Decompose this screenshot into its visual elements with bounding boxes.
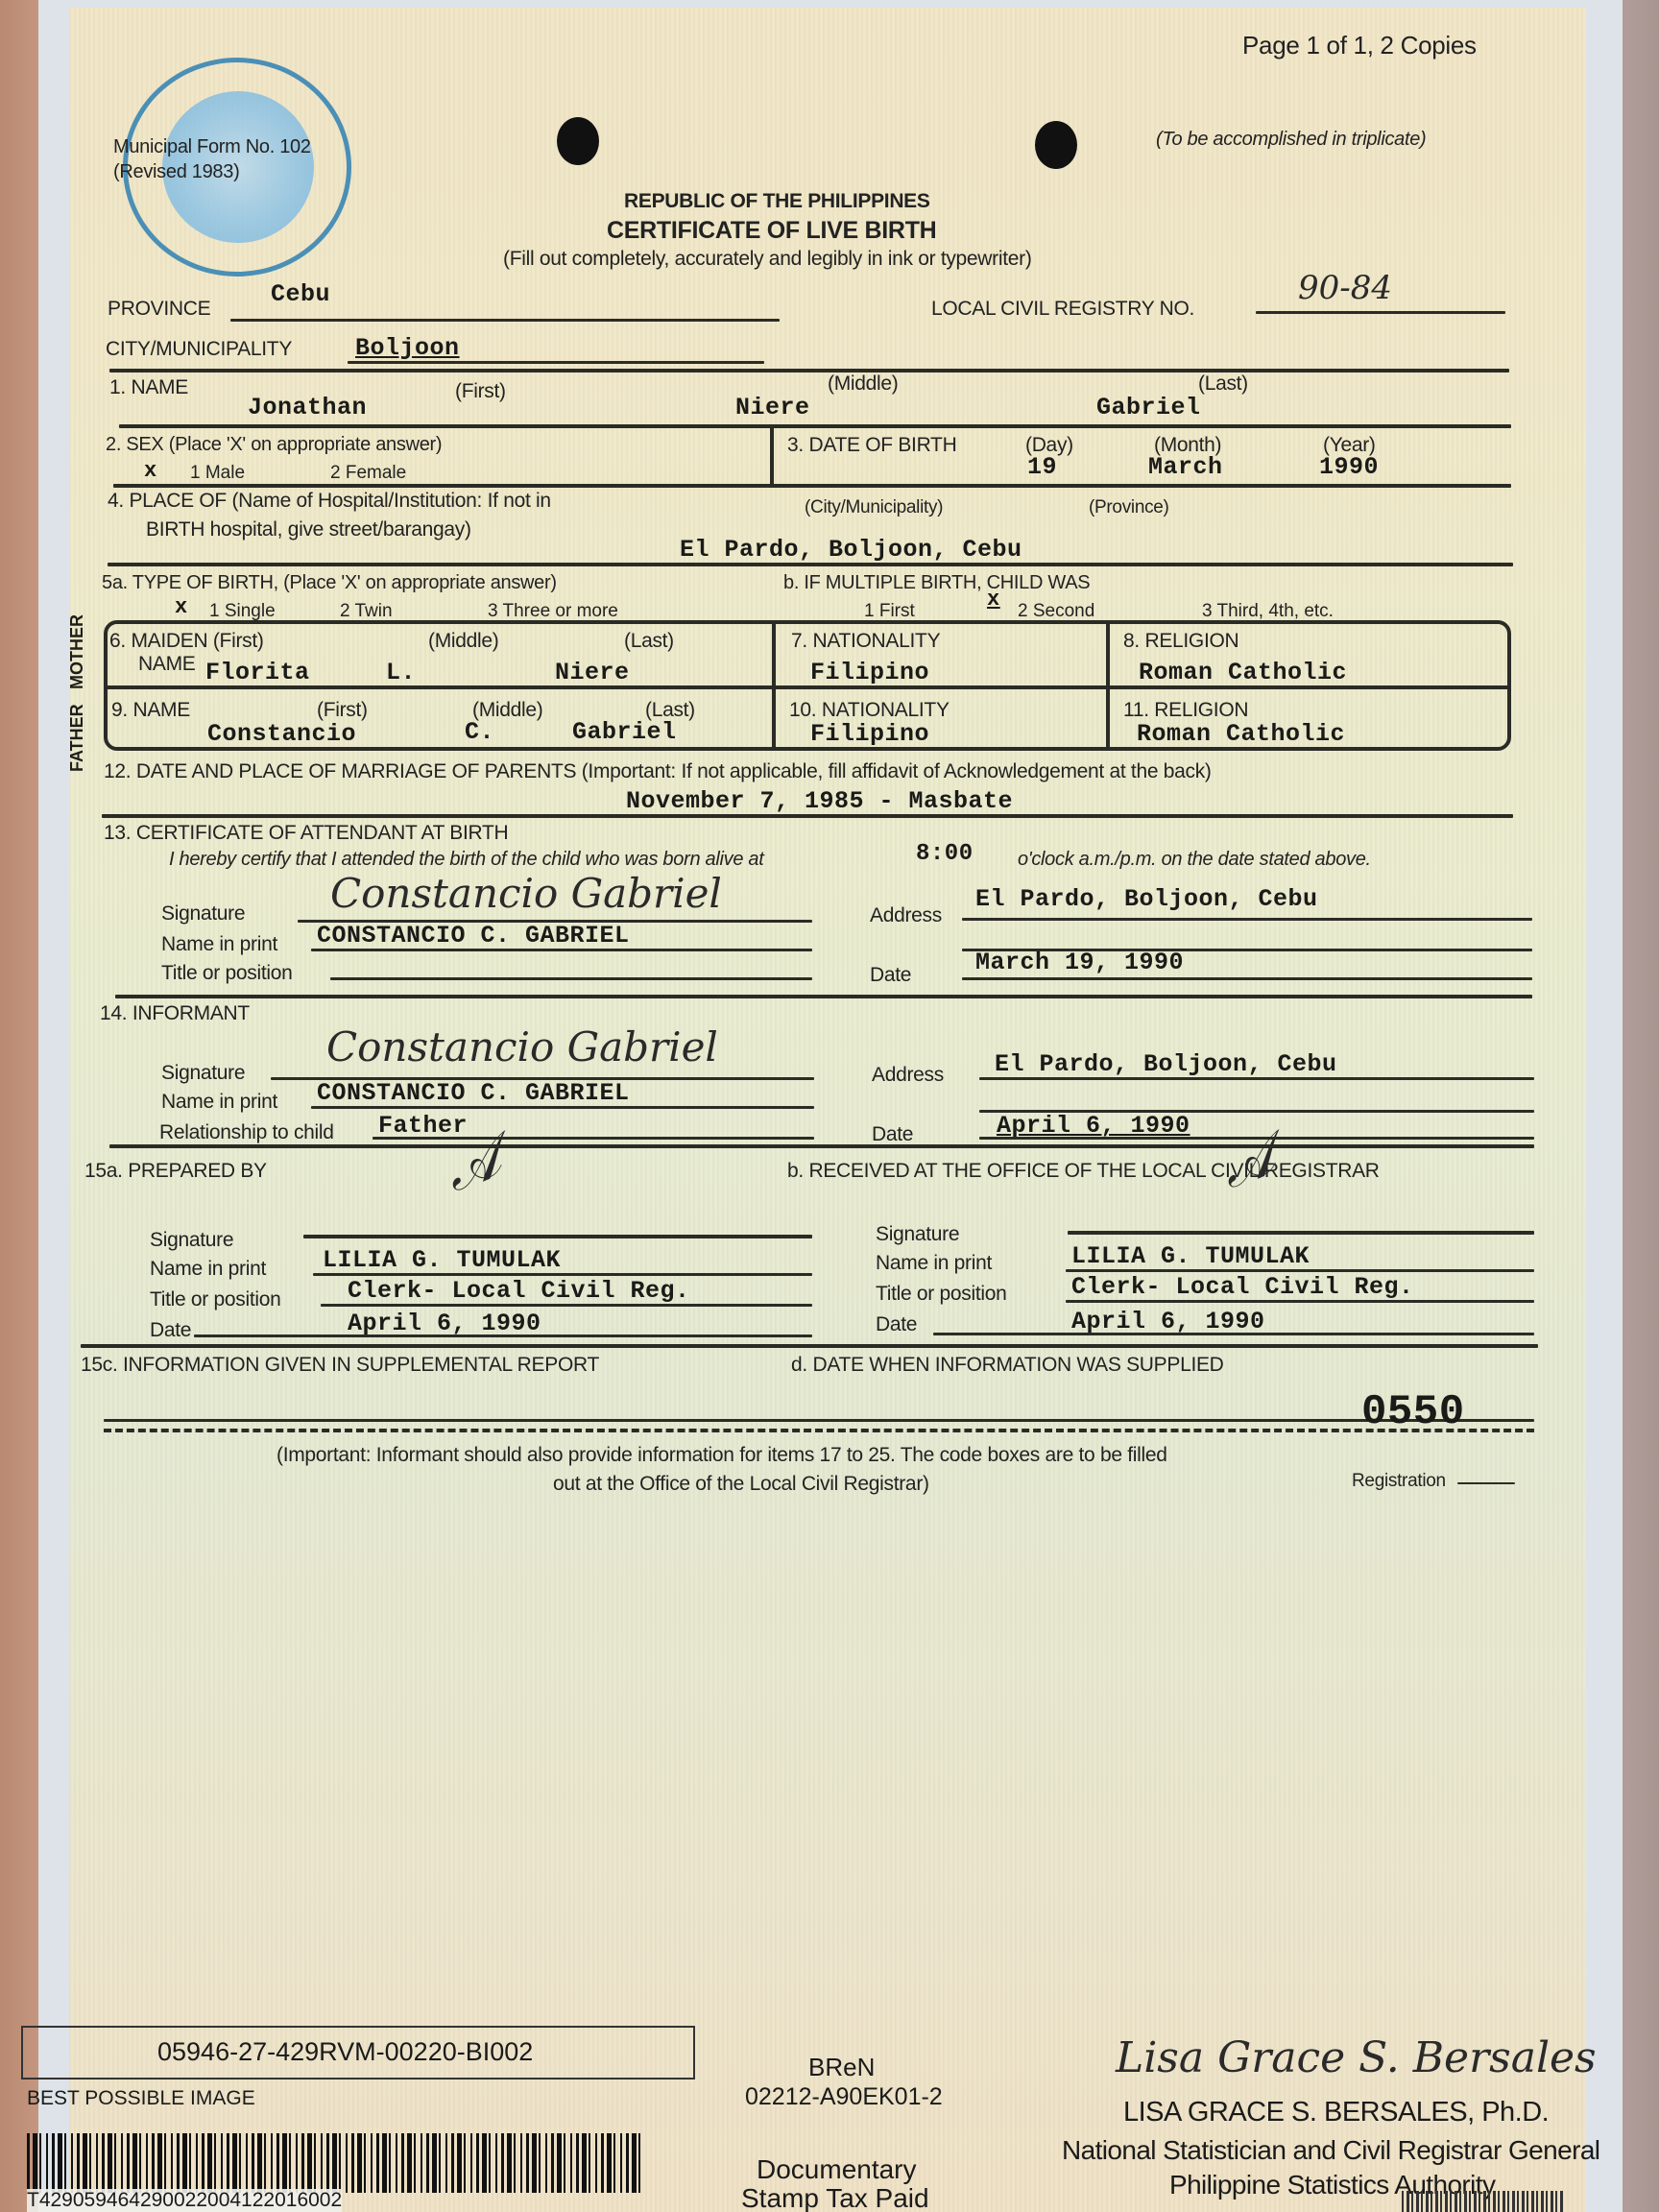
mother-last-name: Niere (555, 659, 630, 686)
important-note-2: out at the Office of the Local Civil Reg… (553, 1473, 929, 1496)
punch-hole-icon (1035, 121, 1077, 169)
form-number: Municipal Form No. 102 (113, 136, 311, 158)
received-title: Clerk- Local Civil Reg. (1071, 1273, 1414, 1301)
attendant-label: 13. CERTIFICATE OF ATTENDANT AT BIRTH (104, 822, 508, 845)
instructions: (Fill out completely, accurately and leg… (503, 248, 1032, 271)
prepared-signature-label: Signature (150, 1229, 233, 1252)
mother-first-name: Florita (205, 659, 310, 686)
bren-number: 02212-A90EK01-2 (745, 2083, 943, 2111)
informant-name-label: Name in print (161, 1091, 277, 1114)
attendant-name-label: Name in print (161, 933, 277, 956)
attendant-certify-post: o'clock a.m./p.m. on the date stated abo… (1018, 849, 1371, 871)
last-label: (Last) (1198, 373, 1248, 396)
sex-option-female[interactable]: 2 Female (330, 463, 406, 484)
informant-signature-label: Signature (161, 1062, 245, 1085)
signatory-name: LISA GRACE S. BERSALES, Ph.D. (1123, 2097, 1549, 2128)
child-middle-name: Niere (735, 394, 810, 421)
father-nationality: Filipino (810, 720, 929, 748)
birth-type-three[interactable]: 3 Three or more (488, 601, 618, 622)
attendant-date: March 19, 1990 (975, 949, 1184, 976)
received-signature-label: Signature (876, 1223, 959, 1246)
first-label: (First) (455, 380, 506, 403)
sex-mark[interactable]: x (144, 459, 157, 483)
prepared-title-label: Title or position (150, 1288, 281, 1311)
child-name-label: 1. NAME (109, 376, 188, 399)
father-name-label: 9. NAME (111, 699, 190, 722)
mother-last-label: (Last) (624, 630, 674, 653)
multiple-second[interactable]: 2 Second (1018, 601, 1094, 622)
father-first-name: Constancio (207, 720, 356, 748)
father-nationality-label: 10. NATIONALITY (789, 699, 950, 722)
mother-name-label: 6. MAIDEN (First) (109, 630, 264, 653)
multiple-birth-label: b. IF MULTIPLE BIRTH, CHILD WAS (783, 572, 1090, 594)
city-value: Boljoon (355, 334, 460, 362)
birth-certificate-document: Municipal Form No. 102 (Revised 1983) Pa… (69, 8, 1586, 2212)
attendant-certify-text: I hereby certify that I attended the bir… (169, 849, 764, 871)
pob-value: El Pardo, Boljoon, Cebu (680, 536, 1022, 564)
attendant-address-label: Address (870, 904, 942, 927)
page-info: Page 1 of 1, 2 Copies (1242, 31, 1477, 60)
attendant-name: CONSTANCIO C. GABRIEL (317, 922, 630, 950)
informant-address-label: Address (872, 1064, 944, 1087)
mother-middle-name: L. (386, 659, 416, 686)
informant-label: 14. INFORMANT (100, 1002, 250, 1025)
parent-side-labels: FATHER MOTHER (67, 609, 96, 781)
sex-option-male[interactable]: 1 Male (190, 463, 245, 484)
mother-religion-label: 8. RELIGION (1123, 630, 1238, 653)
pob-province-label: (Province) (1089, 497, 1169, 518)
supplemental-label: 15c. INFORMATION GIVEN IN SUPPLEMENTAL R… (81, 1354, 599, 1377)
informant-address: El Pardo, Boljoon, Cebu (995, 1050, 1337, 1078)
informant-date-label: Date (872, 1123, 913, 1146)
mother-middle-label: (Middle) (428, 630, 498, 653)
attendant-signature: Constancio Gabriel (330, 870, 722, 917)
child-first-name: Jonathan (248, 394, 367, 421)
pob-label: 4. PLACE OF (Name of Hospital/Institutio… (108, 490, 551, 513)
birth-type-twin[interactable]: 2 Twin (340, 601, 393, 622)
informant-name: CONSTANCIO C. GABRIEL (317, 1079, 630, 1107)
stamp-tax-line-1: Documentary (757, 2154, 917, 2185)
registration-stamp-number: 0550 (1361, 1388, 1465, 1436)
barcode-icon (27, 2133, 641, 2193)
best-possible-image-label: BEST POSSIBLE IMAGE (27, 2087, 255, 2110)
mother-nationality: Filipino (810, 659, 929, 686)
signatory-title: National Statistician and Civil Registra… (1062, 2135, 1599, 2166)
attendant-signature-label: Signature (161, 902, 245, 926)
birth-type-mark[interactable]: x (175, 595, 188, 619)
certificate-title: CERTIFICATE OF LIVE BIRTH (607, 217, 936, 245)
barcode-text: T429059464290022004122016002 (27, 2189, 342, 2212)
father-religion-label: 11. RELIGION (1123, 699, 1248, 722)
received-title-label: Title or position (876, 1283, 1007, 1306)
marriage-label: 12. DATE AND PLACE OF MARRIAGE OF PARENT… (104, 760, 1212, 783)
form-revised: (Revised 1983) (113, 161, 239, 183)
dob-month: March (1148, 453, 1223, 481)
informant-signature: Constancio Gabriel (326, 1023, 718, 1070)
received-name: LILIA G. TUMULAK (1071, 1242, 1310, 1270)
lcr-label: LOCAL CIVIL REGISTRY NO. (931, 298, 1194, 321)
sex-label: 2. SEX (Place 'X' on appropriate answer) (106, 434, 442, 456)
received-label: b. RECEIVED AT THE OFFICE OF THE LOCAL C… (787, 1160, 1380, 1183)
father-side-label: FATHER (67, 704, 87, 772)
informant-date: April 6, 1990 (997, 1112, 1190, 1140)
middle-label: (Middle) (828, 373, 898, 396)
prepared-date-label: Date (150, 1319, 191, 1342)
attendant-address: El Pardo, Boljoon, Cebu (975, 885, 1318, 913)
father-last-name: Gabriel (572, 718, 677, 746)
multiple-mark[interactable]: x (987, 588, 1000, 612)
reference-number-box: 05946-27-429RVM-00220-BI002 (21, 2026, 695, 2080)
pob-city-label: (City/Municipality) (805, 497, 943, 518)
stamp-tax-line-2: Stamp Tax Paid (741, 2183, 929, 2212)
father-middle-name: C. (465, 718, 494, 746)
marriage-value: November 7, 1985 - Masbate (626, 787, 1013, 815)
prepared-date: April 6, 1990 (348, 1310, 541, 1337)
province-value: Cebu (271, 280, 330, 308)
registration-label: Registration (1352, 1471, 1446, 1492)
prepared-name: LILIA G. TUMULAK (323, 1246, 561, 1274)
province-label: PROVINCE (108, 298, 210, 321)
birth-type-single[interactable]: 1 Single (209, 601, 276, 622)
date-supplied-label: d. DATE WHEN INFORMATION WAS SUPPLIED (791, 1354, 1224, 1377)
mother-religion: Roman Catholic (1139, 659, 1347, 686)
prepared-by-label: 15a. PREPARED BY (84, 1160, 267, 1183)
lcr-number: 90-84 (1298, 269, 1392, 307)
informant-relationship-label: Relationship to child (159, 1121, 334, 1144)
republic-heading: REPUBLIC OF THE PHILIPPINES (624, 190, 930, 213)
received-signature-icon: 𝒜 (1212, 1122, 1284, 1203)
attendant-title-label: Title or position (161, 962, 293, 985)
birth-type-label: 5a. TYPE OF BIRTH, (Place 'X' on appropr… (102, 572, 557, 594)
barcode-icon (1402, 2191, 1565, 2212)
received-name-label: Name in print (876, 1252, 992, 1275)
important-note-1: (Important: Informant should also provid… (276, 1444, 1167, 1467)
triplicate-note: (To be accomplished in triplicate) (1156, 129, 1426, 151)
father-first-label: (First) (317, 699, 368, 722)
multiple-third[interactable]: 3 Third, 4th, etc. (1202, 601, 1334, 622)
attendant-date-label: Date (870, 964, 911, 987)
dob-year: 1990 (1319, 453, 1379, 481)
birth-time: 8:00 (916, 841, 974, 867)
multiple-first[interactable]: 1 First (864, 601, 915, 622)
dob-day: 19 (1027, 453, 1057, 481)
dob-label: 3. DATE OF BIRTH (787, 434, 956, 457)
received-date-label: Date (876, 1313, 917, 1336)
mother-side-label: MOTHER (67, 614, 87, 689)
punch-hole-icon (557, 117, 599, 165)
mother-name-word: NAME (138, 653, 195, 676)
reference-number: 05946-27-429RVM-00220-BI002 (157, 2037, 533, 2067)
city-label: CITY/MUNICIPALITY (106, 338, 292, 361)
mother-nationality-label: 7. NATIONALITY (791, 630, 940, 653)
prepared-title: Clerk- Local Civil Reg. (348, 1277, 690, 1305)
child-last-name: Gabriel (1096, 394, 1201, 421)
received-date: April 6, 1990 (1071, 1308, 1265, 1335)
father-religion: Roman Catholic (1137, 720, 1345, 748)
signatory-signature: Lisa Grace S. Bersales (1116, 2033, 1597, 2082)
pob-label-2: BIRTH hospital, give street/barangay) (146, 518, 471, 541)
bren-label: BReN (808, 2053, 875, 2082)
prepared-name-label: Name in print (150, 1258, 266, 1281)
